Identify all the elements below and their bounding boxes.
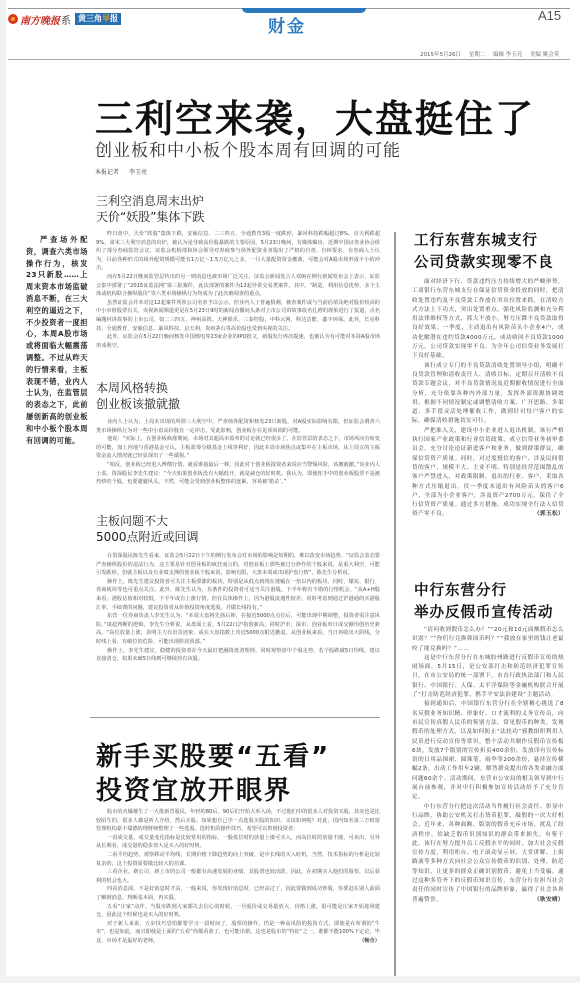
- story-two-headline-line-1: 新手买股要“五看”: [96, 740, 330, 774]
- byline: 本报记者 李玉亮: [95, 167, 147, 176]
- side-story-two-headline: 中行东营分行 举办反假币宣传活动: [414, 580, 554, 624]
- column-divider: [394, 232, 396, 977]
- author-sign: （畅合）: [348, 937, 380, 946]
- editor: 编辑 李玉亮: [493, 52, 522, 58]
- side-story-two-headline-line-1: 中行东营分行: [414, 580, 554, 602]
- paragraph: “请问收到假币怎么办？”“20元和10元面额假币怎么识别？”“你们行兑换韩国币吗…: [412, 626, 564, 654]
- side-story-two-body: “请问收到假币怎么办？”“20元和10元面额假币怎么识别？”“你们行兑换韩国币吗…: [412, 626, 564, 905]
- badge-prefix: 黄三角: [78, 14, 102, 23]
- header-rule: [8, 59, 570, 60]
- section-2-body: 业内人士认为，上周末出现的所谓三大利空中，严查场外配资和核发23只新股，对A股实…: [96, 418, 380, 487]
- newspaper-logo-text: 南方晚报: [20, 12, 60, 27]
- side-story-two-headline-line-2: 举办反假币宣传活动: [414, 602, 554, 624]
- badge-suffix: 报: [110, 14, 118, 23]
- author-sign: （郭玉松）: [522, 510, 564, 519]
- paragraph: 昨日盘中，天价“妖股”集体下跌，安硕信息、二三四五、全通教育3股一度跌停，暴风科…: [96, 230, 380, 273]
- paragraph: 而在5月22日晚间监管层传出的另一则消息也被市场广泛关注。证监会新闻发言人邓舸在…: [96, 273, 380, 299]
- side-story-one-body: 面对经济下行、贷款违约压力持续增大的严峻形势，工商银行东营东城支行在保证信贷资金…: [412, 278, 564, 520]
- logo-suffix: 系: [61, 12, 71, 27]
- paragraph: 五看“庄家”动作。当股市跌到大家都失去信心的时候，一旦股价或交易量放大，价格上涨…: [96, 903, 380, 920]
- side-story-one-headline: 工行东营东城支行 公司贷款实现零不良: [414, 230, 554, 274]
- story-two-headline-line-2: 投资宜放开眼界: [96, 774, 330, 808]
- author-sign: （耿安晴）: [522, 896, 564, 905]
- paragraph: 三看企业。新公司、新上市的公司一般都有高速发展的业绩，其股票也较活跃，因此，在初…: [96, 868, 380, 885]
- designer: 美编 姚会英: [530, 52, 559, 58]
- edition-badge: 黄三角早报: [75, 13, 121, 25]
- section-2-title-line-1: 本周风格转换: [96, 380, 180, 396]
- section-1-title: 三利空消息周末出炉 天价“妖股”集体下跌: [96, 193, 204, 225]
- story-two-headline: 新手买股要“五看” 投资宜放开眼界: [96, 740, 330, 808]
- paragraph: 严把准入关，建设中小企业进人退出机制。该行严格执行国家产业政策和行业信贷政策，成…: [412, 427, 564, 520]
- paragraph: 面对经济下行、贷款违约压力持续增大的严峻形势，工商银行东营东城支行在保证信贷资金…: [412, 278, 564, 362]
- newspaper-logo-icon: [8, 14, 18, 24]
- section-3-title-line-2: 5000点附近或回调: [96, 529, 199, 545]
- section-3-body: 在资深股民陈先生看来，证监会5月22日下午的例行发布会对市场的影响是短期的，难以…: [96, 552, 380, 664]
- paragraph: 东营一位券商负责人李先生认为：“本周大盘将先扬后抑，在接近5000点点位后，可能…: [96, 612, 380, 646]
- paragraph: 一看成交量。成交量变化指标是比较常用的指标，一般低位时的放量上涨可买入，而高位时…: [96, 834, 380, 851]
- paragraph: 接到通知后，中国银行东营分行在全辖精心挑选了8名反假业务知识精、形象好、口才流利…: [412, 700, 564, 802]
- paragraph: 对于新人来说，五步技巧恐怕都要学习一段时间了，股票的操作，仍是一种高风险的投资方…: [96, 920, 380, 946]
- side-story-one-headline-line-1: 工行东营东城支行: [414, 230, 554, 252]
- lead-summary: 严查场外配资，调查六类市场操作行为，核发23只新股……上周末资本市场监破消息不断…: [26, 234, 88, 446]
- section-3-title-line-1: 主板问题不大: [96, 513, 199, 529]
- page-edge: [0, 0, 6, 983]
- paragraph: 他说：“实际上，在创业板疯涨期间，市场对其超高市盈率的讨论就已经很多了。在监管层…: [96, 435, 380, 461]
- paragraph: 在资深股民陈先生看来，证监会5月22日下午的例行发布会对市场的影响是短期的，难以…: [96, 552, 380, 578]
- section-2-title: 本周风格转换 创业板该撤就撤: [96, 380, 180, 412]
- masthead: 南方晚报 系 黄三角早报: [8, 12, 121, 26]
- page-bottom-edge: [0, 976, 580, 983]
- paragraph: 中行东营分行把这次活动当作履行社会责任、彰显中行品牌，协助公安机关打击货币犯罪、…: [412, 803, 564, 905]
- paragraph: 这是中行东营分行在东城胶州路进行反假币宣传的热闹场面。5月15日，是公安部打击和…: [412, 654, 564, 700]
- story-divider: [90, 717, 380, 718]
- section-1-body: 昨日盘中，天价“妖股”集体下跌，安硕信息、二三四五、全通教育3股一度跌停，暴风科…: [96, 230, 380, 350]
- paragraph-text: 严把准入关，建设中小企业进人退出机制。该行严格执行国家产业政策和行业信贷政策，成…: [412, 428, 564, 518]
- paragraph: 虽然证监会并未对这12起案件所涉公司名单予以公示，但业内人士普遍猜测，被查案件或…: [96, 299, 380, 333]
- weekday: 星期二: [469, 52, 486, 58]
- paragraph: 操作上，陈先生建议投资者可关注主板滞涨的板块，特别是从低点到现在涨幅在一倍以内的…: [96, 578, 380, 612]
- section-1-title-line-2: 天价“妖股”集体下跌: [96, 209, 204, 225]
- section-3-title: 主板问题不大 5000点附近或回调: [96, 513, 199, 545]
- paragraph: 业内人士认为，上周末出现的所谓三大利空中，严查场外配资和核发23只新股，对A股实…: [96, 418, 380, 435]
- byline-label: 本报记者: [95, 169, 119, 176]
- paragraph-text: 中行东营分行把这次活动当作履行社会责任、彰显中行品牌，协助公安机关打击货币犯罪、…: [412, 804, 564, 903]
- section-title: 财金: [268, 12, 306, 37]
- paragraph: “相反，创业板已经进入博傻行情，就看谁接最后一棒。因此对于创业板投资者来说应当警…: [96, 461, 380, 487]
- paragraph-text: 对于新人来说，五步技巧恐怕都要学习一段时间了，股票的操作，仍是一种高风险的投资方…: [96, 921, 380, 944]
- lead-headline: 三利空来袭，大盘挺住了: [95, 88, 535, 143]
- side-story-one-headline-line-2: 公司贷款实现零不良: [414, 252, 554, 274]
- paragraph: 四看消息面。不是好消息时才高，一般来说，你发现好消息时，已经高过了，因此要做到成…: [96, 885, 380, 902]
- section-1-title-line-1: 三利空消息周末出炉: [96, 193, 204, 209]
- story-two-body: 股市的火爆催生了一大批新晋股民，年轻的80后、90后们开始大举入场，不过他们中的…: [96, 808, 380, 946]
- newspaper-page: 南方晚报 系 黄三角早报 财金 A15 2015年5月26日 星期二 编辑 李玉…: [0, 0, 580, 983]
- badge-highlight: 早: [102, 14, 110, 23]
- paragraph: 二看平均趋势。观察移动平均线，长期价格下降趋势的向上突破，是中长线的买入时机。当…: [96, 851, 380, 868]
- paragraph: 操作上，李先生建议，稳健的投资者在今天最好把融资盘清理掉，同时观察盘中个股走势，…: [96, 647, 380, 664]
- section-2-title-line-2: 创业板该撤就撤: [96, 396, 180, 412]
- byline-name: 李玉亮: [129, 169, 147, 176]
- paragraph: 股市的火爆催生了一大批新晋股民，年轻的80后、90后们开始大举入场，不过他们中的…: [96, 808, 380, 834]
- paragraph: 此外，证监会在5月22日晚间核发中国核电等23家企业的IPO批文，新股发行再次提…: [96, 333, 380, 350]
- date: 2015年5月26日: [420, 52, 461, 58]
- dateline: 2015年5月26日 星期二 编辑 李玉亮 美编 姚会英: [420, 50, 565, 58]
- lead-subhead: 创业板和中小板个股本周有回调的可能: [95, 136, 401, 161]
- paragraph: 该行成立专门的不良贷款清收处置领导小组，明确不良贷款管理和清收责任人、清收目标，…: [412, 362, 564, 427]
- page-number: A15: [538, 8, 561, 23]
